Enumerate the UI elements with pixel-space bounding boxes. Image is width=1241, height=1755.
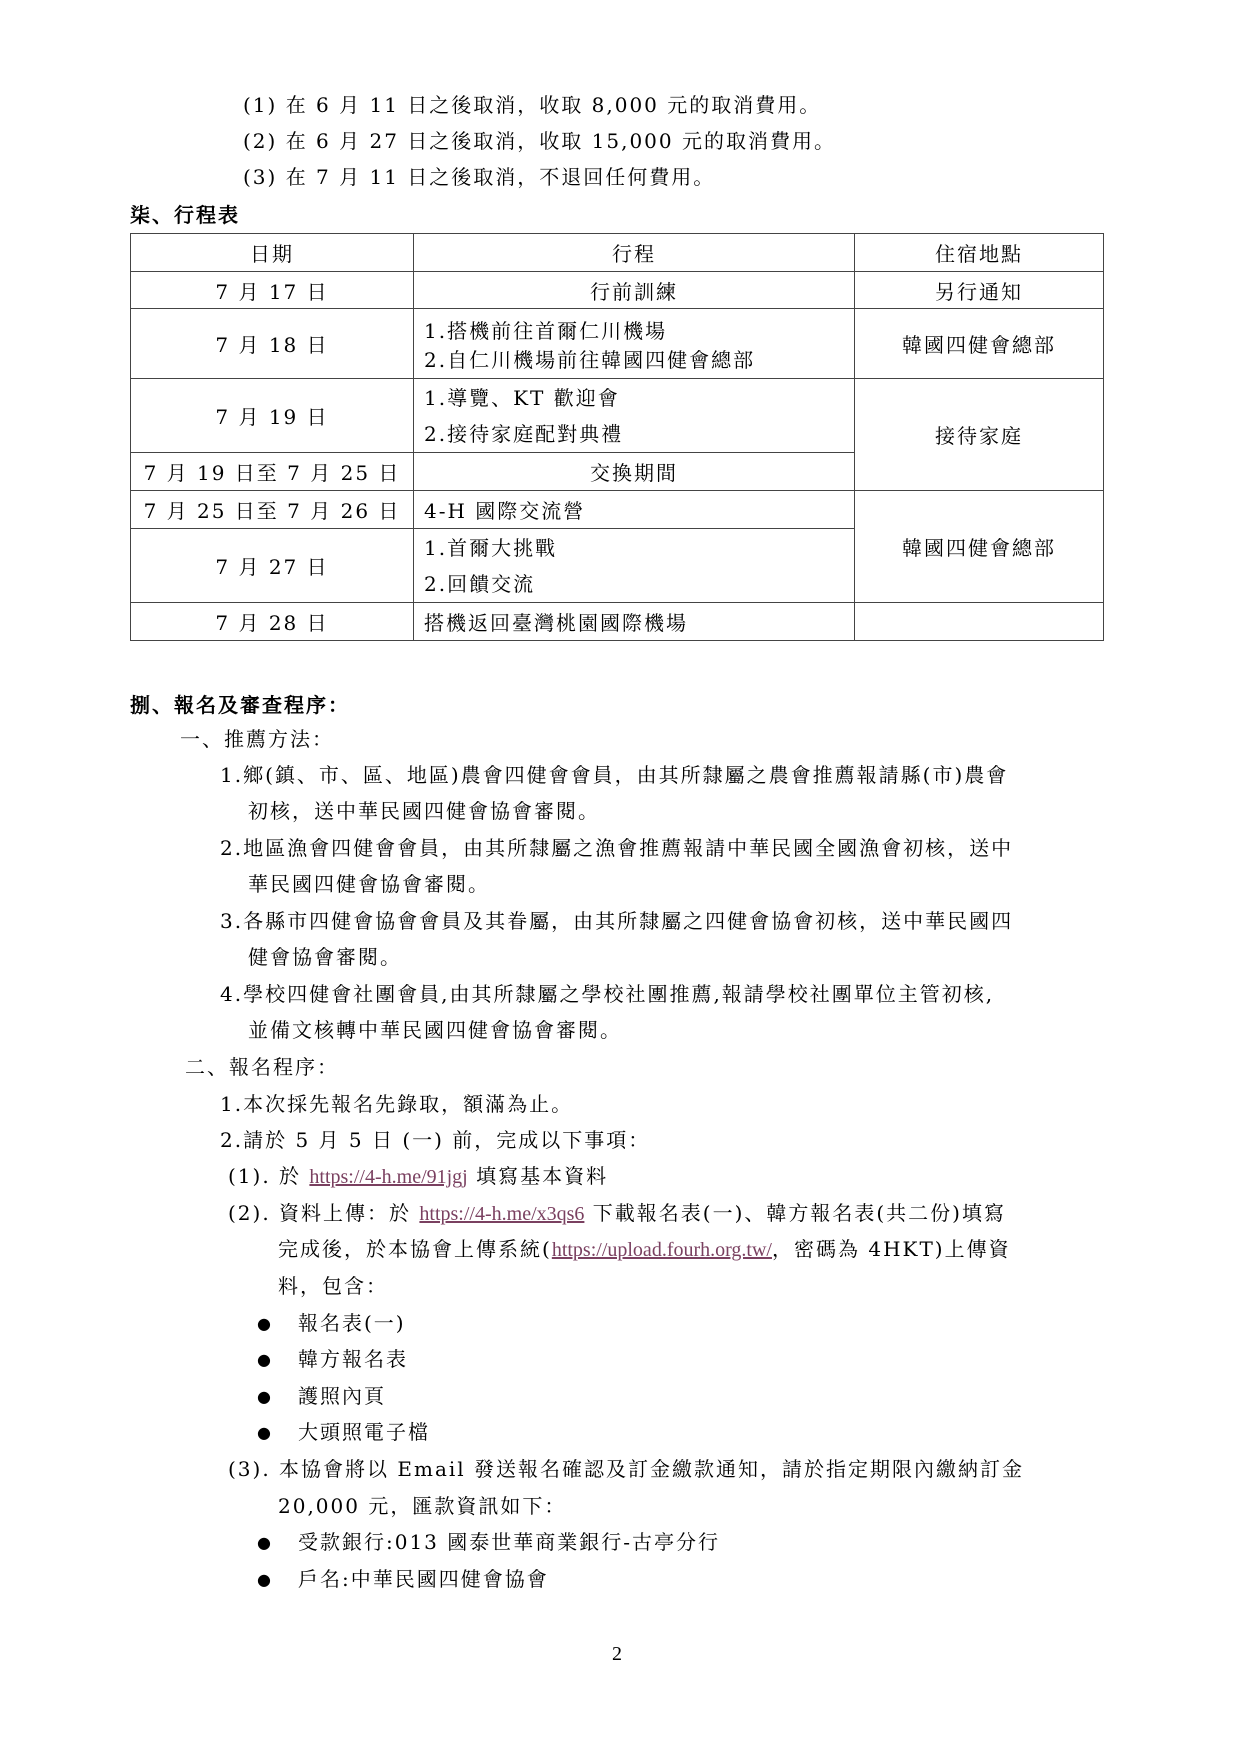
bullet-icon: ● <box>257 1423 271 1442</box>
table-row: 7 月 28 日 搭機返回臺灣桃園國際機場 <box>131 603 1104 641</box>
table-row: 7 月 25 日至 7 月 26 日 4-H 國際交流營 韓國四健會總部 <box>131 491 1104 529</box>
row-itinerary: 行前訓練 <box>414 272 855 309</box>
schedule-table: 日期 行程 住宿地點 7 月 17 日 行前訓練 另行通知 7 月 18 日 1… <box>130 233 1104 641</box>
row-date: 7 月 27 日 <box>131 529 414 603</box>
recommend-item: 1.鄉(鎮、市、區、地區)農會四健會會員，由其所隸屬之農會推薦報請縣(市)農會 <box>220 762 1008 788</box>
row-itinerary: 交換期間 <box>414 453 855 491</box>
row-date: 7 月 25 日至 7 月 26 日 <box>131 491 414 529</box>
recommend-item-cont: 華民國四健會協會審閱。 <box>248 871 490 897</box>
row-itinerary: 1.首爾大挑戰 2.回饋交流 <box>414 529 855 603</box>
recommend-item: 4.學校四健會社團會員,由其所隸屬之學校社團推薦,報請學校社團單位主管初核, <box>220 981 994 1007</box>
procedure-item: 1.本次採先報名先錄取，額滿為止。 <box>220 1091 573 1117</box>
bullet-icon: ● <box>257 1314 271 1333</box>
itinerary-item: 2.回饋交流 <box>424 566 844 602</box>
sub2-prefix: (2). 資料上傳：於 <box>228 1201 419 1225</box>
schedule-heading: 柒、行程表 <box>130 202 240 228</box>
download-form-link[interactable]: https://4-h.me/x3qs6 <box>419 1203 584 1225</box>
row-lodging: 韓國四健會總部 <box>855 309 1104 379</box>
header-lodging: 住宿地點 <box>855 234 1104 272</box>
row-lodging <box>855 603 1104 641</box>
recommend-item: 3.各縣市四健會協會會員及其眷屬，由其所隸屬之四健會協會初核，送中華民國四 <box>220 908 1013 934</box>
bullet-icon: ● <box>257 1533 271 1552</box>
row-date: 7 月 28 日 <box>131 603 414 641</box>
row-lodging: 另行通知 <box>855 272 1104 309</box>
sub2-line2-prefix: 完成後，於本協會上傳系統( <box>278 1237 552 1261</box>
upload-system-link[interactable]: https://upload.fourh.org.tw/ <box>552 1239 772 1261</box>
itinerary-item: 1.首爾大挑戰 <box>424 530 844 566</box>
row-lodging: 韓國四健會總部 <box>855 491 1104 603</box>
cancellation-rule: (3) 在 7 月 11 日之後取消，不退回任何費用。 <box>243 164 715 190</box>
row-itinerary: 4-H 國際交流營 <box>414 491 855 529</box>
table-row: 7 月 19 日 1.導覽、KT 歡迎會 2.接待家庭配對典禮 接待家庭 <box>131 379 1104 453</box>
procedure-sub-2: (2). 資料上傳：於 https://4-h.me/x3qs6 下載報名表(一… <box>228 1200 1006 1227</box>
sub2-line2-suffix: ，密碼為 4HKT)上傳資 <box>772 1237 1011 1261</box>
row-itinerary: 1.搭機前往首爾仁川機場 2.自仁川機場前往韓國四健會總部 <box>414 309 855 379</box>
page-number: 2 <box>612 1643 622 1666</box>
upload-item: 韓方報名表 <box>298 1346 408 1372</box>
procedure-title: 二、報名程序： <box>185 1054 339 1080</box>
table-row: 7 月 18 日 1.搭機前往首爾仁川機場 2.自仁川機場前往韓國四健會總部 韓… <box>131 309 1104 379</box>
sub2-suffix: 下載報名表(一)、韓方報名表(共二份)填寫 <box>584 1201 1006 1225</box>
basic-info-link[interactable]: https://4-h.me/91jgj <box>309 1166 467 1188</box>
recommend-item-cont: 並備文核轉中華民國四健會協會審閱。 <box>248 1017 622 1043</box>
bank-info: 受款銀行:013 國泰世華商業銀行-古亭分行 <box>298 1529 720 1555</box>
procedure-sub-1: (1). 於 https://4-h.me/91jgj 填寫基本資料 <box>228 1163 608 1190</box>
recommend-title: 一、推薦方法： <box>180 726 334 752</box>
recommend-item: 2.地區漁會四健會會員，由其所隸屬之漁會推薦報請中華民國全國漁會初核，送中 <box>220 835 1013 861</box>
upload-item: 報名表(一) <box>298 1310 406 1336</box>
upload-item: 大頭照電子檔 <box>298 1419 430 1445</box>
itinerary-item: 1.搭機前往首爾仁川機場 <box>424 315 844 344</box>
itinerary-item: 1.導覽、KT 歡迎會 <box>424 380 844 416</box>
procedure-item: 2.請於 5 月 5 日 (一) 前，完成以下事項： <box>220 1127 650 1153</box>
row-itinerary: 1.導覽、KT 歡迎會 2.接待家庭配對典禮 <box>414 379 855 453</box>
table-row: 7 月 17 日 行前訓練 另行通知 <box>131 272 1104 309</box>
cancellation-rule: (1) 在 6 月 11 日之後取消，收取 8,000 元的取消費用。 <box>243 92 821 118</box>
procedure-sub-3: (3). 本協會將以 Email 發送報名確認及訂金繳款通知，請於指定期限內繳納… <box>228 1456 1024 1482</box>
registration-heading: 捌、報名及審查程序： <box>130 692 350 718</box>
table-header-row: 日期 行程 住宿地點 <box>131 234 1104 272</box>
row-itinerary: 搭機返回臺灣桃園國際機場 <box>414 603 855 641</box>
recommend-item-cont: 初核，送中華民國四健會協會審閱。 <box>248 798 600 824</box>
row-date: 7 月 18 日 <box>131 309 414 379</box>
account-name: 戶名:中華民國四健會協會 <box>298 1566 549 1592</box>
row-date: 7 月 17 日 <box>131 272 414 309</box>
bullet-icon: ● <box>257 1387 271 1406</box>
procedure-sub-2-cont: 料，包含： <box>278 1273 388 1299</box>
itinerary-item: 2.接待家庭配對典禮 <box>424 416 844 452</box>
header-itinerary: 行程 <box>414 234 855 272</box>
sub1-prefix: (1). 於 <box>228 1164 309 1188</box>
cancellation-rule: (2) 在 6 月 27 日之後取消，收取 15,000 元的取消費用。 <box>243 128 836 154</box>
row-lodging: 接待家庭 <box>855 379 1104 491</box>
recommend-item-cont: 健會協會審閱。 <box>248 944 402 970</box>
procedure-sub-3-cont: 20,000 元，匯款資訊如下： <box>278 1493 566 1519</box>
row-date: 7 月 19 日至 7 月 25 日 <box>131 453 414 491</box>
bullet-icon: ● <box>257 1350 271 1369</box>
upload-item: 護照內頁 <box>298 1383 386 1409</box>
procedure-sub-2-cont: 完成後，於本協會上傳系統(https://upload.fourh.org.tw… <box>278 1236 1011 1263</box>
sub1-suffix: 填寫基本資料 <box>468 1164 608 1188</box>
header-date: 日期 <box>131 234 414 272</box>
row-date: 7 月 19 日 <box>131 379 414 453</box>
itinerary-item: 2.自仁川機場前往韓國四健會總部 <box>424 344 844 373</box>
bullet-icon: ● <box>257 1570 271 1589</box>
